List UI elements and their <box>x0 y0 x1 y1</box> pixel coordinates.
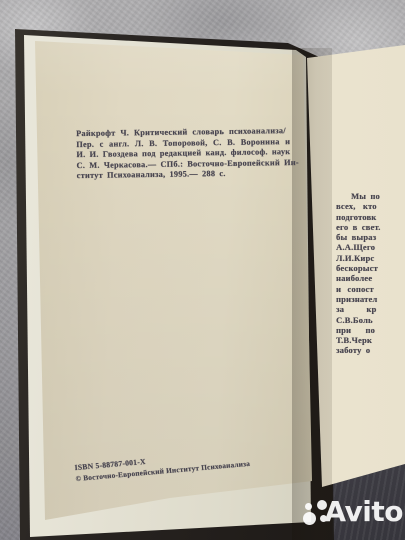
avito-circles-icon <box>293 492 322 530</box>
right-page-text: Мы по всех, кто подготовк его в свет. бы… <box>336 191 405 356</box>
avito-watermark: Avito <box>293 492 403 534</box>
text-line: подготовк <box>336 212 405 222</box>
text-line: заботу о <box>336 345 405 355</box>
text-line: и сопост <box>336 284 405 294</box>
text-line: наиболее <box>336 273 405 283</box>
logo-dot <box>303 512 316 525</box>
text-line: А.А.Щего <box>336 242 405 252</box>
citation-block: Райкрофт Ч. Критический словарь психоана… <box>76 126 299 182</box>
text-line: С.В.Боль <box>336 315 405 325</box>
text-line: Т.В.Черк <box>336 335 405 345</box>
text-line: его в свет. <box>336 222 405 232</box>
text-line: при по <box>336 325 405 335</box>
text-line: за кр <box>336 304 405 314</box>
text-line: бы выраз <box>336 232 405 242</box>
avito-wordmark: Avito <box>324 492 403 532</box>
text-line: бескорыст <box>336 263 405 273</box>
logo-dot <box>317 500 327 510</box>
text-line: всех, кто <box>336 201 405 211</box>
text-line: Л.И.Кирс <box>336 253 405 263</box>
logo-dot <box>305 503 312 510</box>
book-photo: Райкрофт Ч. Критический словарь психоана… <box>0 0 405 540</box>
text-line: признател <box>336 294 405 304</box>
text-line: Мы по <box>336 191 405 201</box>
logo-dot <box>320 515 327 522</box>
